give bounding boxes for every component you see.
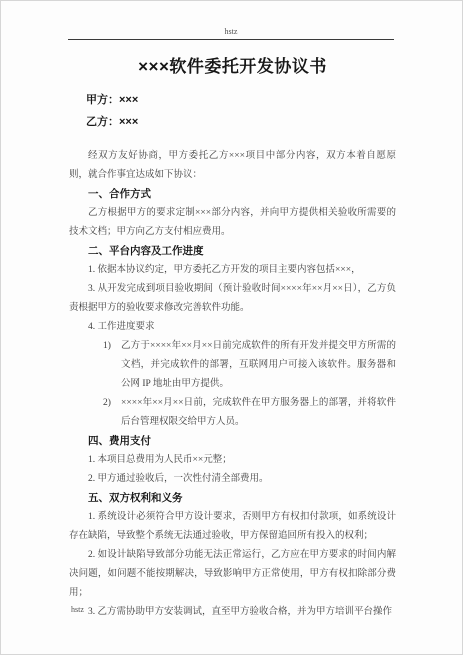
party-a-label: 甲方：: [86, 94, 119, 106]
intro-paragraph: 经双方友好协商，甲方委托乙方×××项目中部分内容，双方本着自愿原则，就合作事宜达…: [69, 147, 396, 185]
party-b-line: 乙方：×××: [69, 111, 396, 133]
party-b-label: 乙方：: [86, 116, 119, 128]
section-1-heading: 一、合作方式: [69, 185, 396, 204]
section-2-item-1: 1. 依据本协议约定，甲方委托乙方开发的项目主要内容包括×××，: [69, 261, 396, 280]
header-watermark-text: hstz: [225, 27, 238, 36]
section-1-body: 乙方根据甲方的要求定制×××部分内容，并向甲方提供相关验收所需要的技术文档；甲方…: [69, 204, 396, 242]
document-page: hstz ×××软件委托开发协议书 甲方：××× 乙方：××× 经双方友好协商，…: [0, 0, 463, 655]
section-4-item-1: 1. 本项目总费用为人民币××元整；: [69, 451, 396, 470]
section-5-heading: 五、双方权利和义务: [69, 489, 396, 508]
subitem-1-marker: 1): [103, 337, 121, 394]
parties-block: 甲方：××× 乙方：×××: [69, 89, 396, 133]
party-b-value: ×××: [119, 116, 138, 128]
section-5-item-3: 3. 乙方需协助甲方安装调试，直至甲方验收合格，并为甲方培训平台操作: [69, 603, 396, 622]
section-5-item-1: 1. 系统设计必须符合甲方设计要求，否则甲方有权扣付款项，如系统设计存在缺陷，导…: [69, 508, 396, 546]
subitem-2-text: ××××年××月××日前，完成软件在甲方服务器上的部署，并将软件后台管理权限交给…: [121, 394, 396, 432]
footer-watermark-text: hstz: [71, 605, 84, 614]
section-4-item-2: 2. 甲方通过验收后，一次性付清全部费用。: [69, 470, 396, 489]
schedule-subitem-1: 1) 乙方于××××年××月××日前完成软件的所有开发并提交甲方所需的文档，并完…: [103, 337, 396, 394]
party-a-line: 甲方：×××: [69, 89, 396, 111]
section-4-heading: 四、费用支付: [69, 432, 396, 451]
work-schedule-sublist: 1) 乙方于××××年××月××日前完成软件的所有开发并提交甲方所需的文档，并完…: [69, 337, 396, 432]
section-5-item-2: 2. 如设计缺陷导致部分功能无法正常运行，乙方应在甲方要求的时间内解决问题，如问…: [69, 546, 396, 603]
page-footer: hstz: [71, 605, 84, 615]
page-header: hstz: [68, 27, 394, 40]
document-content: ×××软件委托开发协议书 甲方：××× 乙方：××× 经双方友好协商，甲方委托乙…: [69, 49, 396, 622]
subitem-1-text: 乙方于××××年××月××日前完成软件的所有开发并提交甲方所需的文档，并完成软件…: [121, 337, 396, 394]
section-2-item-4: 4. 工作进度要求: [69, 318, 396, 337]
section-2-item-3: 3. 从开发完成到项目验收期间（预计验收时间××××年××月××日），乙方负责根…: [69, 280, 396, 318]
section-2-heading: 二、平台内容及工作进度: [69, 242, 396, 261]
schedule-subitem-2: 2) ××××年××月××日前，完成软件在甲方服务器上的部署，并将软件后台管理权…: [103, 394, 396, 432]
subitem-2-marker: 2): [103, 394, 121, 432]
document-title: ×××软件委托开发协议书: [69, 55, 396, 79]
party-a-value: ×××: [119, 94, 138, 106]
